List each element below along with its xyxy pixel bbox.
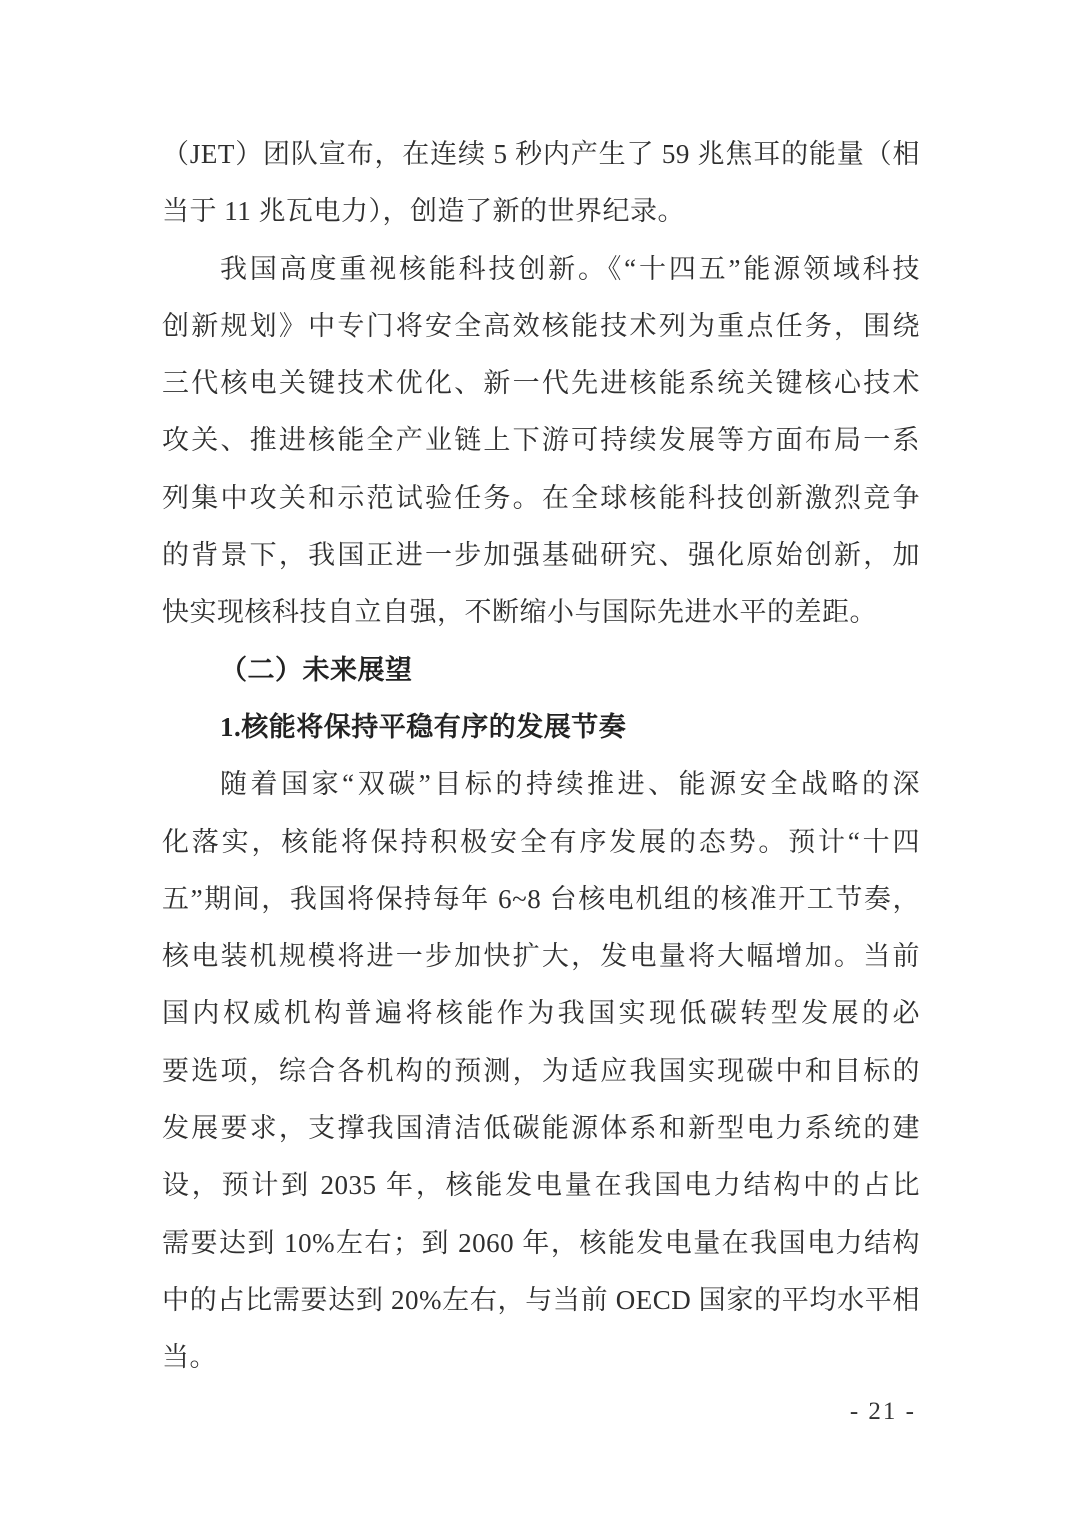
text-line: 的背景下，我国正进一步加强基础研究、强化原始创新，加 bbox=[162, 527, 920, 584]
text-line: 国内权威机构普遍将核能作为我国实现低碳转型发展的必 bbox=[162, 985, 920, 1042]
section-heading: （二）未来展望 bbox=[162, 642, 920, 699]
text-line: 化落实，核能将保持积极安全有序发展的态势。预计“十四 bbox=[162, 814, 920, 871]
text-line: 三代核电关键技术优化、新一代先进核能系统关键核心技术 bbox=[162, 355, 920, 412]
text-line: 要选项，综合各机构的预测，为适应我国实现碳中和目标的 bbox=[162, 1043, 920, 1100]
text-line: 列集中攻关和示范试验任务。在全球核能科技创新激烈竞争 bbox=[162, 470, 920, 527]
page-number: - 21 - bbox=[850, 1398, 916, 1426]
text-line: 五”期间，我国将保持每年 6~8 台核电机组的核准开工节奏， bbox=[162, 871, 920, 928]
document-body: （JET）团队宣布，在连续 5 秒内产生了 59 兆焦耳的能量（相当于 11 兆… bbox=[162, 126, 920, 1387]
text-line: 我国高度重视核能科技创新。《“十四五”能源领域科技 bbox=[162, 241, 920, 298]
text-line: 发展要求，支撑我国清洁低碳能源体系和新型电力系统的建 bbox=[162, 1100, 920, 1157]
text-line: （JET）团队宣布，在连续 5 秒内产生了 59 兆焦耳的能量（相 bbox=[162, 126, 920, 183]
text-line: 快实现核科技自立自强，不断缩小与国际先进水平的差距。 bbox=[162, 584, 920, 641]
text-line: 核电装机规模将进一步加快扩大，发电量将大幅增加。当前 bbox=[162, 928, 920, 985]
text-line: 中的占比需要达到 20%左右，与当前 OECD 国家的平均水平相 bbox=[162, 1272, 920, 1329]
text-line: 创新规划》中专门将安全高效核能技术列为重点任务，围绕 bbox=[162, 298, 920, 355]
text-line: 需要达到 10%左右；到 2060 年，核能发电量在我国电力结构 bbox=[162, 1215, 920, 1272]
subsection-heading: 1.核能将保持平稳有序的发展节奏 bbox=[162, 699, 920, 756]
text-line: 随着国家“双碳”目标的持续推进、能源安全战略的深 bbox=[162, 756, 920, 813]
text-line: 攻关、推进核能全产业链上下游可持续发展等方面布局一系 bbox=[162, 412, 920, 469]
text-line: 设，预计到 2035 年，核能发电量在我国电力结构中的占比 bbox=[162, 1157, 920, 1214]
document-page: （JET）团队宣布，在连续 5 秒内产生了 59 兆焦耳的能量（相当于 11 兆… bbox=[0, 0, 1080, 1527]
text-line: 当于 11 兆瓦电力），创造了新的世界纪录。 bbox=[162, 183, 920, 240]
text-line: 当。 bbox=[162, 1329, 920, 1386]
